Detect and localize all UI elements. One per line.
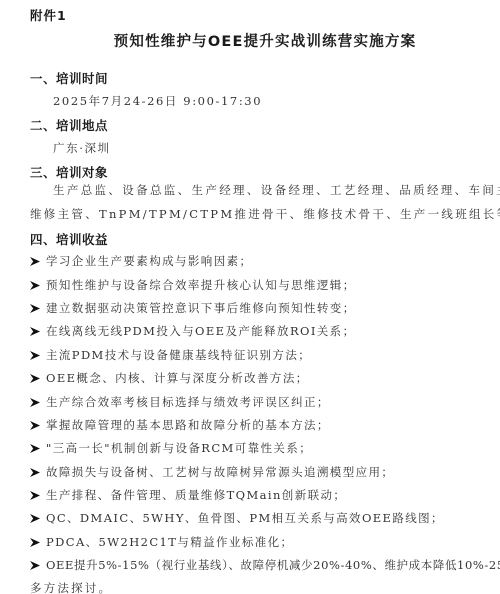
arrow-bullet-icon [30, 327, 46, 336]
section-heading-training-audience: 三、培训对象 [30, 163, 108, 181]
annex-label: 附件1 [30, 6, 67, 24]
benefit-text: 学习企业生产要素构成与影响因素； [46, 253, 252, 269]
benefit-list-item: 掌握故障管理的基本思路和故障分析的基本方法； [30, 417, 330, 433]
document-page: 附件1 预知性维护与OEE提升实战训练营实施方案 一、培训时间 2025年7月2… [0, 0, 500, 594]
benefit-text: PDCA、5W2H2C1T与精益作业标准化； [46, 534, 293, 550]
benefit-text: 预知性维护与设备综合效率提升核心认知与思维逻辑； [46, 277, 356, 293]
benefit-list-item: 生产综合效率考核目标选择与绩效考评误区纠正； [30, 394, 330, 410]
benefit-text: 建立数据驱动决策管控意识下事后维修向预知性转变； [46, 300, 356, 316]
benefit-list-item: "三高一长"机制创新与设备RCM可靠性关系； [30, 440, 312, 456]
training-date-text: 2025年7月24-26日 9:00-17:30 [53, 93, 262, 109]
arrow-bullet-icon [30, 538, 46, 547]
benefit-text: OEE提升5%-15%（视行业基线）、故障停机减少20%-40%、维护成本降低1… [46, 557, 500, 573]
arrow-bullet-icon [30, 468, 46, 477]
benefit-list-item: 建立数据驱动决策管控意识下事后维修向预知性转变； [30, 300, 356, 316]
arrow-bullet-icon [30, 398, 46, 407]
benefit-list-item: 故障损失与设备树、工艺树与故障树异常源头追溯模型应用； [30, 464, 394, 480]
arrow-bullet-icon [30, 257, 46, 266]
benefit-text: 生产综合效率考核目标选择与绩效考评误区纠正； [46, 394, 330, 410]
audience-text-line-2: 维修主管、TnPM/TPM/CTPM推进骨干、维修技术骨干、生产一线班组长等。 [30, 206, 500, 222]
arrow-bullet-icon [30, 514, 46, 523]
section-heading-training-location: 二、培训地点 [30, 116, 108, 134]
arrow-bullet-icon [30, 444, 46, 453]
benefit-text: 在线离线无线PDM投入与OEE及产能释放ROI关系； [46, 323, 355, 339]
benefit-list-item: OEE概念、内核、计算与深度分析改善方法； [30, 370, 309, 386]
section-heading-training-benefits: 四、培训收益 [30, 230, 108, 248]
benefit-list-item: QC、DMAIC、5WHY、鱼骨图、PM相互关系与高效OEE路线图； [30, 510, 444, 526]
arrow-bullet-icon [30, 304, 46, 313]
benefit-list-item: PDCA、5W2H2C1T与精益作业标准化； [30, 534, 293, 550]
benefit-text: "三高一长"机制创新与设备RCM可靠性关系； [46, 440, 312, 456]
benefit-text: 主流PDM技术与设备健康基线特征识别方法； [46, 347, 311, 363]
training-location-text: 广东·深圳 [53, 140, 111, 156]
arrow-bullet-icon [30, 281, 46, 290]
benefit-text: OEE概念、内核、计算与深度分析改善方法； [46, 370, 309, 386]
benefit-text: QC、DMAIC、5WHY、鱼骨图、PM相互关系与高效OEE路线图； [46, 510, 444, 526]
benefit-list-item: 在线离线无线PDM投入与OEE及产能释放ROI关系； [30, 323, 355, 339]
arrow-bullet-icon [30, 421, 46, 430]
arrow-bullet-icon [30, 351, 46, 360]
audience-text-line-1: 生产总监、设备总监、生产经理、设备经理、工艺经理、品质经理、车间主管/ [53, 182, 500, 198]
arrow-bullet-icon [30, 374, 46, 383]
document-title: 预知性维护与OEE提升实战训练营实施方案 [0, 30, 500, 51]
benefit-text: 掌握故障管理的基本思路和故障分析的基本方法； [46, 417, 330, 433]
benefit-list-item: 学习企业生产要素构成与影响因素； [30, 253, 252, 269]
arrow-bullet-icon [30, 561, 46, 570]
benefit-list-item: 生产排程、备件管理、质量维修TQMain创新联动； [30, 487, 346, 503]
benefit-continuation-text: 多方法探讨。 [30, 580, 112, 594]
benefit-list-item: OEE提升5%-15%（视行业基线）、故障停机减少20%-40%、维护成本降低1… [30, 557, 500, 573]
arrow-bullet-icon [30, 491, 46, 500]
benefit-text: 生产排程、备件管理、质量维修TQMain创新联动； [46, 487, 346, 503]
benefit-list-item: 预知性维护与设备综合效率提升核心认知与思维逻辑； [30, 277, 356, 293]
section-heading-training-time: 一、培训时间 [30, 69, 108, 87]
benefit-list-item: 主流PDM技术与设备健康基线特征识别方法； [30, 347, 311, 363]
benefit-text: 故障损失与设备树、工艺树与故障树异常源头追溯模型应用； [46, 464, 394, 480]
